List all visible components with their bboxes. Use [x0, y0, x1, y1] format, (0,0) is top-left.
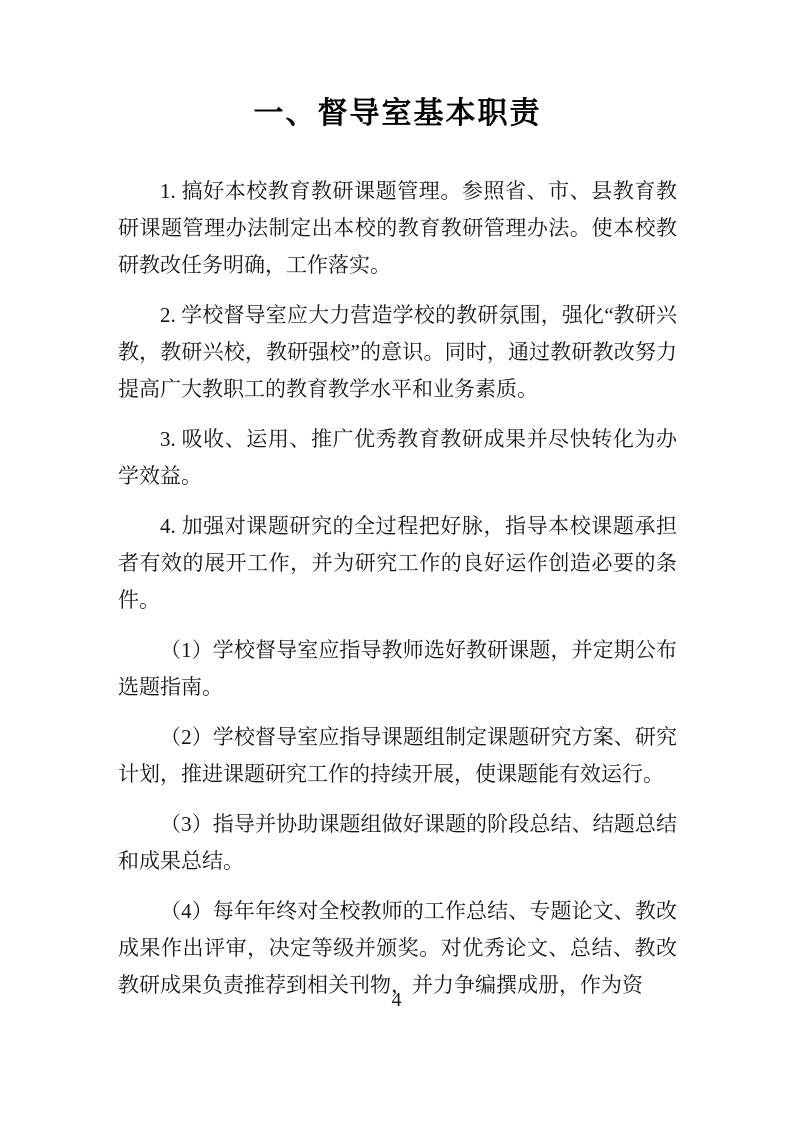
page-title: 一、督导室基本职责	[118, 93, 677, 135]
paragraph-1: 1. 搞好本校教育教研课题管理。参照省、市、县教育教研课题管理办法制定出本校的教…	[118, 173, 677, 284]
paragraph-3: 3. 吸收、运用、推广优秀教育教研成果并尽快转化为办学效益。	[118, 421, 677, 495]
paragraph-sub-1: （1）学校督导室应指导教师选好教研课题，并定期公布选题指南。	[118, 632, 677, 706]
paragraph-2: 2. 学校督导室应大力营造学校的教研氛围，强化“教研兴教，教研兴校，教研强校”的…	[118, 297, 677, 408]
paragraph-4: 4. 加强对课题研究的全过程把好脉，指导本校课题承担者有效的展开工作，并为研究工…	[118, 508, 677, 619]
page-number: 4	[0, 988, 793, 1012]
paragraph-sub-3: （3）指导并协助课题组做好课题的阶段总结、结题总结和成果总结。	[118, 806, 677, 880]
document-page: 一、督导室基本职责 1. 搞好本校教育教研课题管理。参照省、市、县教育教研课题管…	[0, 0, 793, 1122]
paragraph-sub-2: （2）学校督导室应指导课题组制定课题研究方案、研究计划，推进课题研究工作的持续开…	[118, 719, 677, 793]
